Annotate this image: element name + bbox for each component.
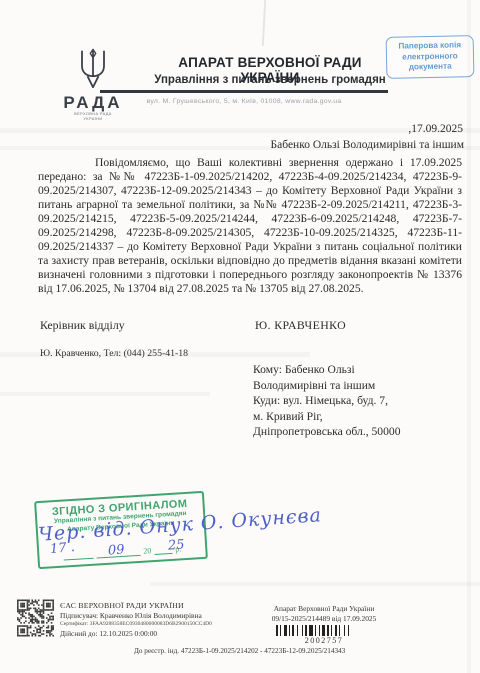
scanned-letter-page: РАДА ВЕРХОВНА РАДА УКРАЇНИ АПАРАТ ВЕРХОВ… xyxy=(0,0,480,673)
registration-stamp: Апарат Верховної Ради України 09/15-2025… xyxy=(256,604,392,647)
scan-crease xyxy=(262,0,266,46)
stamp-year-prefix: 20 xyxy=(143,546,152,555)
stamp-date-row: 20 р. xyxy=(39,543,205,562)
stamp-blank-line xyxy=(63,550,93,561)
recipient-block: Кому: Бабенко Ользі Володимирівні та інш… xyxy=(253,362,401,440)
contact-phone: Ю. Кравченко, Тел: (044) 255-41-18 xyxy=(40,348,188,359)
header-divider xyxy=(100,90,388,93)
dept-title: Управління з питань звернень громадян xyxy=(150,74,390,86)
recipient-line: м. Кривий Ріг, xyxy=(253,409,401,425)
recipient-line: Володимирівні та іншим xyxy=(253,378,401,394)
recipient-line: Кому: Бабенко Ользі xyxy=(253,362,401,378)
scan-edge-shadow xyxy=(467,0,471,673)
scan-artifact xyxy=(150,582,480,586)
eas-certificate: Сертифікат: 3FAA9288358EC0930480000083D6… xyxy=(60,621,212,628)
letter-addressee: Бабенко Ользі Володимирівні та іншим xyxy=(271,139,464,151)
badge-line: Паперова копія xyxy=(389,40,471,52)
org-address: вул. М. Грушевського, 5, м. Київ, 01008,… xyxy=(110,98,378,105)
reg-number: 09/15-2025/214489 від 17.09.2025 xyxy=(256,614,392,624)
letter-date: ,17.09.2025 xyxy=(408,123,463,135)
logo-caption: ВЕРХОВНА РАДА УКРАЇНИ xyxy=(66,112,121,121)
stamp-blank-line xyxy=(96,547,140,559)
paper-copy-badge: Паперова копія електронного документа xyxy=(386,35,475,79)
stamp-year-suffix: р. xyxy=(175,544,182,553)
signer-name: Ю. КРАВЧЕНКО xyxy=(255,318,346,333)
letter-body: Повідомляємо, що Ваші колективні звернен… xyxy=(38,156,462,296)
recipient-line: Куди: вул. Німецька, буд. 7, xyxy=(253,393,401,409)
barcode xyxy=(276,625,372,636)
badge-line: документа xyxy=(389,61,471,73)
certified-copy-stamp: ЗГІДНО З ОРИГІНАЛОМ Управління з питань … xyxy=(34,491,208,569)
registration-range: До реєстр. інд. 47223Б-1-09.2025/214202 … xyxy=(134,647,345,655)
signer-title: Керівник відділу xyxy=(40,318,125,333)
qr-code xyxy=(17,599,54,637)
barcode-number: 2002757 xyxy=(256,636,392,647)
tryzub-icon xyxy=(72,48,114,92)
eas-title: ЄАС ВЕРХОВНОЇ РАДИ УКРАЇНИ xyxy=(60,601,225,611)
recipient-line: Дніпропетровська обл., 50000 xyxy=(253,424,401,440)
eas-valid-until: Дійсний до: 12.10.2025 0:00:00 xyxy=(60,629,225,639)
reg-org: Апарат Верховної Ради України xyxy=(256,604,392,614)
eas-signer: Підписувач: Кравченко Юлія Володимирівна xyxy=(60,611,225,621)
stamp-blank-line xyxy=(154,545,173,555)
rada-logo: РАДА ВЕРХОВНА РАДА УКРАЇНИ xyxy=(58,48,128,124)
esignature-block: ЄАС ВЕРХОВНОЇ РАДИ УКРАЇНИ Підписувач: К… xyxy=(60,601,225,638)
scan-artifact xyxy=(0,392,210,396)
